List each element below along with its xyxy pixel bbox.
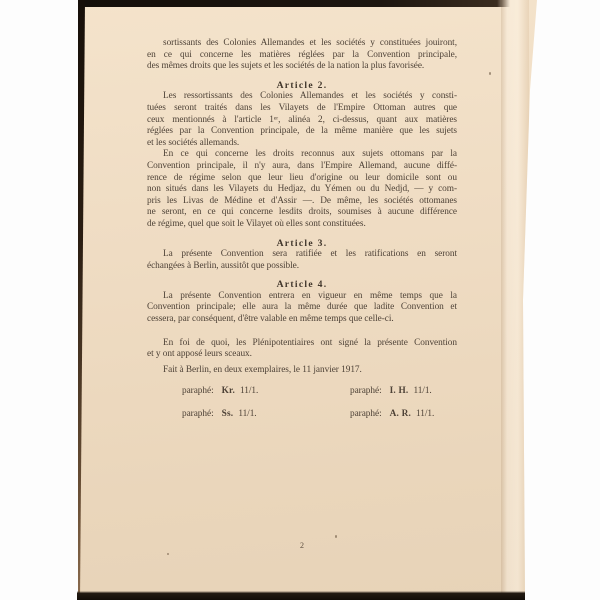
- text-line: ne seront, en ce qui concerne lesdits dr…: [147, 207, 457, 219]
- text-line: rence de régime selon que leur lieu d'or…: [147, 173, 457, 185]
- text-line: Les ressortissants des Colonies Allemand…: [147, 91, 457, 103]
- document-page: sortissants des Colonies Allemandes et l…: [78, 0, 537, 600]
- article-heading: Article 3.: [147, 238, 457, 250]
- paraphe-label: paraphé:: [182, 386, 214, 396]
- paraphe-initials: Kr.: [222, 386, 235, 396]
- paraphe-label: paraphé:: [182, 409, 214, 419]
- paragraph: Fait à Berlin, en deux exemplaires, le 1…: [147, 365, 457, 377]
- text-line: cessera, par conséquent, d'être valable …: [147, 314, 457, 326]
- text-line: et les sociétés allemands.: [147, 138, 457, 150]
- paraphe-block: paraphé:Kr.11/1.paraphé:I. H.11/1.paraph…: [147, 385, 457, 420]
- text-line: sortissants des Colonies Allemandes et l…: [147, 38, 457, 50]
- text-line: Convention principale, il n'y aura, dans…: [147, 161, 457, 173]
- paraphe-label: paraphé:: [350, 409, 382, 419]
- text-line: pris les Livas de Médine et d'Assir —. D…: [147, 196, 457, 208]
- paraphe-date: 11/1.: [416, 409, 434, 419]
- paraphe-initials: I. H.: [390, 386, 409, 396]
- text-line: Convention principale; elle aura la même…: [147, 302, 457, 314]
- paraphe-initials: Ss.: [222, 409, 234, 419]
- page-bottom-edge-shadow: [77, 591, 525, 600]
- paraphe-item: paraphé:Ss.11/1.: [182, 408, 350, 420]
- paragraph: En ce qui concerne les droits reconnus a…: [147, 149, 457, 230]
- text-line: échangées à Berlin, aussitôt que possibl…: [147, 261, 457, 273]
- page-right-edge-strip: [501, 0, 529, 600]
- paragraph: Les ressortissants des Colonies Allemand…: [147, 91, 457, 149]
- text-line: tuées seront traités dans les Vilayets d…: [147, 103, 457, 115]
- paraphe-date: 11/1.: [238, 409, 256, 419]
- article-heading: Article 2.: [147, 80, 457, 92]
- document-content: sortissants des Colonies Allemandes et l…: [147, 38, 457, 420]
- paraphe-item: paraphé:A. R.11/1.: [350, 408, 434, 420]
- page-top-edge-shadow: [78, 0, 510, 7]
- paraphe-item: paraphé:I. H.11/1.: [350, 385, 432, 397]
- paraphe-row: paraphé:Ss.11/1.paraphé:A. R.11/1.: [182, 408, 457, 420]
- text-line: Fait à Berlin, en deux exemplaires, le 1…: [147, 365, 457, 377]
- paraphe-row: paraphé:Kr.11/1.paraphé:I. H.11/1.: [182, 385, 457, 397]
- paragraph: La présente Convention sera ratifiée et …: [147, 249, 457, 272]
- scan-background: sortissants des Colonies Allemandes et l…: [0, 0, 600, 600]
- paragraph: sortissants des Colonies Allemandes et l…: [147, 38, 457, 73]
- paragraph: La présente Convention entrera en vigueu…: [147, 291, 457, 326]
- paraphe-initials: A. R.: [390, 409, 411, 419]
- paraphe-date: 11/1.: [413, 386, 431, 396]
- text-line: En ce qui concerne les droits reconnus a…: [147, 149, 457, 161]
- article-heading: Article 4.: [147, 279, 457, 291]
- page-number: 2: [147, 541, 457, 550]
- text-line: de régime, quel que soit le Vilayet où e…: [147, 219, 457, 231]
- paraphe-item: paraphé:Kr.11/1.: [182, 385, 350, 397]
- text-line: ceux mentionnés à l'article 1ᵉʳ, alinéa …: [147, 115, 457, 127]
- paraphe-label: paraphé:: [350, 386, 382, 396]
- paragraph: En foi de quoi, les Plénipotentiaires on…: [147, 338, 457, 361]
- text-line: La présente Convention sera ratifiée et …: [147, 249, 457, 261]
- paper-speck: [335, 535, 337, 538]
- paper-speck: [167, 553, 169, 555]
- text-line: réglées par la Convention principale, de…: [147, 126, 457, 138]
- text-line: et y ont apposé leurs sceaux.: [147, 349, 457, 361]
- paper-speck: [489, 72, 491, 75]
- paraphe-date: 11/1.: [240, 386, 258, 396]
- text-line: en ce qui concerne les matières réglées …: [147, 50, 457, 62]
- text-line: En foi de quoi, les Plénipotentiaires on…: [147, 338, 457, 350]
- text-line: des mêmes droits que les sujets et les s…: [147, 61, 457, 73]
- text-line: La présente Convention entrera en vigueu…: [147, 291, 457, 303]
- text-line: non situés dans les Vilayets du Hedjaz, …: [147, 184, 457, 196]
